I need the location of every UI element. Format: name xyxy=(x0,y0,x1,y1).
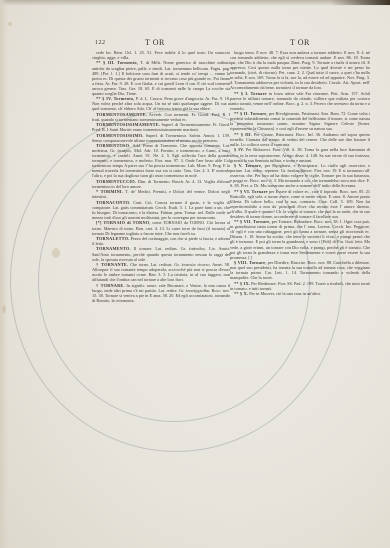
left-column: cede lor. Bern. Orl. 1. 25. 51. Fece nob… xyxy=(92,50,230,303)
dictionary-entry: ** § III. Tormento, T. di Milit. Nome ge… xyxy=(92,60,230,95)
entry-text: Per Riedimare. Fior. SS. Pad. 2. 189. To… xyxy=(230,281,370,291)
page-left-edge xyxy=(0,0,8,548)
page-number: 122 xyxy=(95,40,106,46)
dictionary-entry: † TORNANTE. Che torna. Lat. redisus. Gr.… xyxy=(92,262,230,282)
right-column: luogo temo. E nov. 48. 7. Essa non andav… xyxy=(230,50,370,297)
dictionary-entry: luogo temo. E nov. 48. 7. Essa non andav… xyxy=(230,50,370,90)
dictionary-entry: TORNACONTO. Cont. Ciò, Concia tornare il… xyxy=(92,200,230,220)
dictionary-entry: § VIII. Tornare, per Diredire, Riuscire.… xyxy=(230,260,370,280)
entry-text: per Essere di valore ec., cioè il foprod… xyxy=(230,189,370,219)
dictionary-entry: ** § II. Tornare, per Rivolgimento, Pris… xyxy=(230,111,370,131)
entry-text: per Tornare, Ridondare. Bocc. nov. 38. 1… xyxy=(230,219,370,259)
dictionary-entry: [*] TORNAIO di TORNO, come TORNAIO da TO… xyxy=(92,220,230,235)
entry-text: cede lor. Bern. Orl. 1. 25. 51. Fece nob… xyxy=(92,50,230,60)
dictionary-entry: † TORNARE. In signific. neutr. vale Rito… xyxy=(92,283,230,303)
dictionary-entry: § V. Tornare, per Ripigliarsi, e Princip… xyxy=(230,163,370,188)
dictionary-entry: ** § VII. Tornare, per Tornare, Ridondar… xyxy=(230,219,370,259)
entry-headword: ** § X. xyxy=(234,291,248,296)
paper-stain xyxy=(2,305,6,313)
dictionary-entry: § IV. Per Riducersi. Pass. Vill. il. 38.… xyxy=(230,147,370,162)
dictionary-entry: ** § IV. Tormento, P. d. L. Crusca. Pena… xyxy=(92,96,230,111)
dictionary-entry: cede lor. Bern. Orl. 1. 25. 51. Fece nob… xyxy=(92,50,230,60)
dictionary-entry: TORMENTOSAMENTE. Avverb. Con tormenti. F… xyxy=(92,112,230,122)
dictionary-entry: TORMENTUCCIO. Dim. di Tormento. Rusch. A… xyxy=(92,179,230,189)
dictionary-entry: ** § I. Tornare in forza attiva vale Far… xyxy=(230,91,370,111)
dictionary-entry: ** § X. Per in Muover, ciò la una cosa i… xyxy=(230,291,370,296)
entry-text: luogo temo. E nov. 48. 7. Essa non andav… xyxy=(230,50,370,90)
entry-text: Per in Muover, ciò la una cosa in un'alt… xyxy=(249,291,320,296)
dictionary-entry: TORMENTOSISSIMO. Superl. di Tormentoso. … xyxy=(92,133,230,143)
entry-text: Per Riducersi. Pass. Vill. il. 38. Torna… xyxy=(230,147,370,162)
entry-text: Add. Pieno di Tormento. Che apporta torm… xyxy=(92,143,230,178)
dictionary-entry: ** § VI. Tornare per Essere di valore ec… xyxy=(230,189,370,219)
running-head-right: T OR xyxy=(290,38,310,47)
binding-edge xyxy=(330,0,390,5)
paper-stain xyxy=(8,22,12,26)
running-head-left: T OR xyxy=(145,38,165,47)
paper-stain xyxy=(52,248,60,258)
dictionary-entry: ** § III. Per Cinare, Ritornarsi. Bocc. … xyxy=(230,132,370,147)
dictionary-entry: TORMENTOSO. Add. Pieno di Tormento. Che … xyxy=(92,143,230,178)
dictionary-entry: TORMENTOSISSIMAMENTE. Superl. di Torment… xyxy=(92,122,230,132)
dictionary-entry: TORNAMENTO. Il tornare. Lat. reditus. Gr… xyxy=(92,246,230,261)
dictionary-entry: TORNALETTO. Pezzo del cortinaggio, con c… xyxy=(92,236,230,246)
dictionary-entry: ** § IX. Per Riedimare. Fior. SS. Pad. 2… xyxy=(230,281,370,291)
dictionary-entry: * TORMINI. T. de' Medici. Premiti, e Dol… xyxy=(92,189,230,199)
scanned-book-page: 122 T OR T OR cede lor. Bern. Orl. 1. 25… xyxy=(0,0,390,548)
entry-text: T. di Milit. Nome generico di macchine m… xyxy=(92,60,230,95)
